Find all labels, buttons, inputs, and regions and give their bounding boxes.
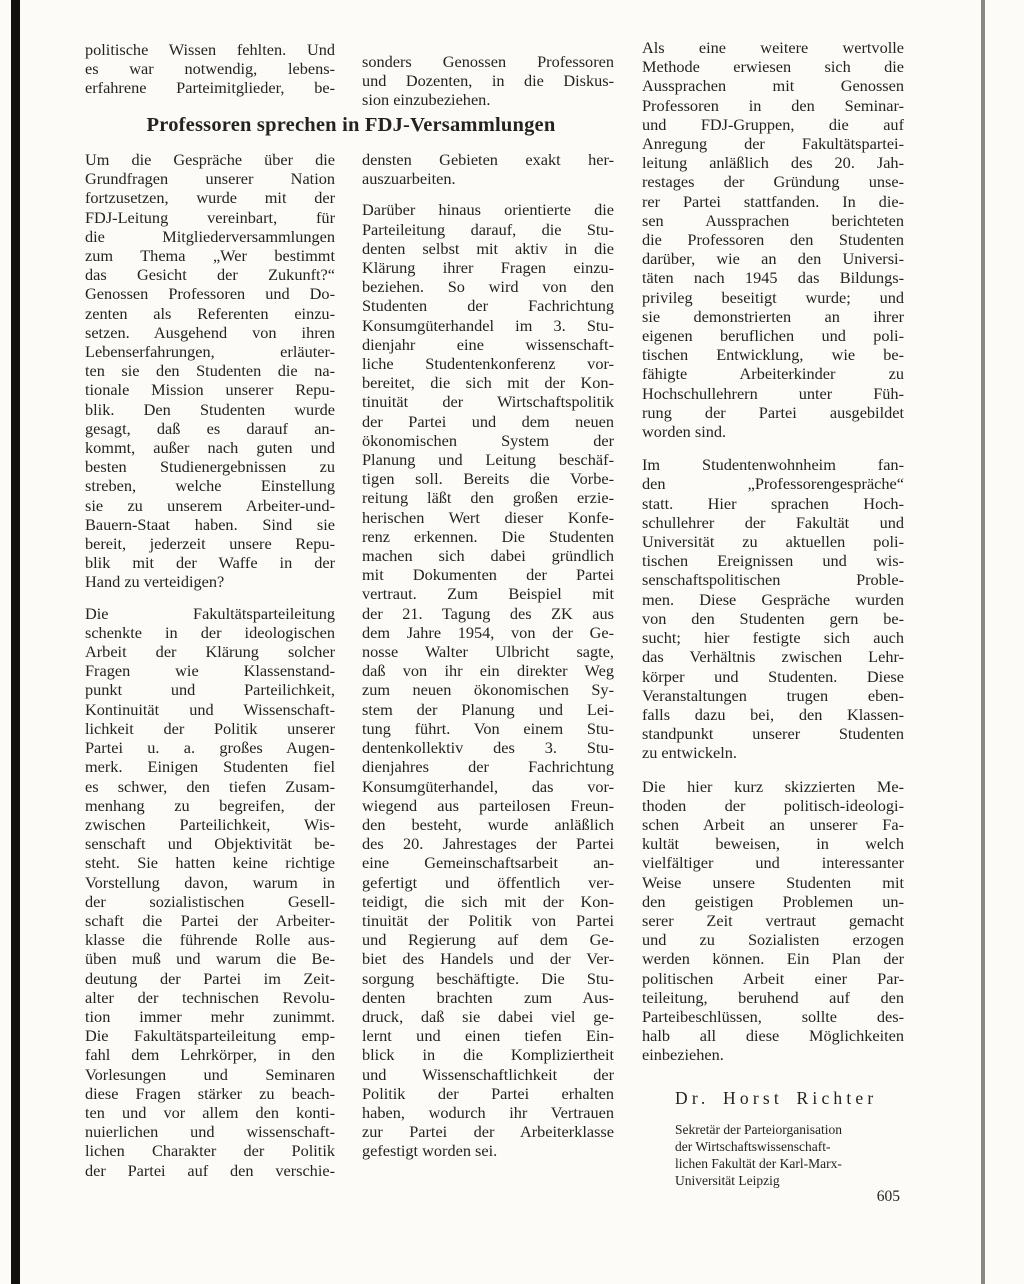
text-line: zum neuen ökonomischen Sy-	[362, 680, 614, 699]
text-line: Veranstaltungen trugen eben-	[642, 686, 904, 705]
text-line: zu entwickeln.	[642, 743, 904, 762]
scanned-page: politische Wissen fehlten. Undes war not…	[0, 0, 1024, 1284]
text-line: Anregung der Fakultätspartei-	[642, 134, 904, 153]
text-line: beziehen. So wird von den	[362, 277, 614, 296]
text-line: und Regierung auf dem Ge-	[362, 930, 614, 949]
text-line: Aussprachen mit Genossen	[642, 76, 904, 95]
column-right: Als eine weitere wertvolleMethode erwies…	[642, 38, 904, 1189]
text-line: Um die Gespräche über die	[85, 150, 335, 169]
text-line: Die Fakultätsparteileitung	[85, 604, 335, 623]
text-line: Parteibeschlüssen, sollte des-	[642, 1007, 904, 1026]
text-line: bereitet, die sich mit der Kon-	[362, 373, 614, 392]
scan-edge-left-bar	[11, 0, 20, 1284]
text-line: eigenen beruflichen und poli-	[642, 326, 904, 345]
text-line: Darüber hinaus orientierte die	[362, 200, 614, 219]
text-line: mit Dokumenten der Partei	[362, 565, 614, 584]
text-line: sion einzubeziehen.	[362, 90, 614, 109]
text-line: Lebenserfahrungen, erläuter-	[85, 342, 335, 361]
text-line: ten sie den Studenten die na-	[85, 361, 335, 380]
text-line: dentenkollektiv des 3. Stu-	[362, 738, 614, 757]
text-line: Universität zu aktuellen poli-	[642, 532, 904, 551]
text-line: FDJ-Leitung vereinbart, für	[85, 208, 335, 227]
text-line: üben muß und warum die Be-	[85, 949, 335, 968]
author-signature: Dr. Horst Richter	[675, 1087, 904, 1109]
text-line: Bauern-Staat haben. Sind sie	[85, 515, 335, 534]
text-line: reitung läßt den großen erzie-	[362, 488, 614, 507]
text-line: den „Professorengespräche“	[642, 474, 904, 493]
text-line: Weise unsere Studenten mit	[642, 873, 904, 892]
text-line: besten Studienergebnissen zu	[85, 457, 335, 476]
text-line: tinuität der Wirtschaftspolitik	[362, 392, 614, 411]
text-line: sonders Genossen Professoren	[362, 52, 614, 71]
text-line: standpunkt unserer Studenten	[642, 724, 904, 743]
text-line: darüber, wie an den Universi-	[642, 249, 904, 268]
column-left: Um die Gespräche über dieGrundfragen uns…	[85, 150, 335, 1180]
text-line: Im Studentenwohnheim fan-	[642, 455, 904, 474]
text-line: stem der Planung und Lei-	[362, 700, 614, 719]
text-line: denten selbst mit aktiv in die	[362, 239, 614, 258]
text-line: lernt und einen tiefen Ein-	[362, 1026, 614, 1045]
text-line: das Gesicht der Zukunft?“	[85, 265, 335, 284]
text-line: menhang zu begreifen, der	[85, 796, 335, 815]
text-line: diese Fragen stärker zu beach-	[85, 1084, 335, 1103]
text-line: politische Wissen fehlten. Und	[85, 40, 335, 59]
text-line: machen sich dabei gründlich	[362, 546, 614, 565]
text-line: Konsumgüterhandel im 3. Stu-	[362, 316, 614, 335]
column-middle: densten Gebieten exakt her-auszuarbeiten…	[362, 150, 614, 1161]
text-line: Die Fakultätsparteileitung emp-	[85, 1026, 335, 1045]
text-line: gesagt, daß es darauf an-	[85, 419, 335, 438]
paragraph: Darüber hinaus orientierte dieParteileit…	[362, 200, 614, 1160]
text-line: tischen Entwicklung, wie be-	[642, 345, 904, 364]
text-line: es war notwendig, lebens-	[85, 59, 335, 78]
text-line: teidigt, die sich mit der Kon-	[362, 892, 614, 911]
text-line: lichen Charakter der Politik	[85, 1141, 335, 1160]
text-line: der sozialistischen Gesell-	[85, 892, 335, 911]
text-line: nosse Walter Ulbricht sagte,	[362, 642, 614, 661]
text-line: densten Gebieten exakt her-	[362, 150, 614, 169]
text-line: der Partei auf den verschie-	[85, 1161, 335, 1180]
text-line: fortzusetzen, wurde mit der	[85, 188, 335, 207]
text-line: Methode erwiesen sich die	[642, 57, 904, 76]
text-line: schenkte in der ideologischen	[85, 623, 335, 642]
text-line: ökonomischen System der	[362, 431, 614, 450]
text-line: leitung anläßlich des 20. Jah-	[642, 153, 904, 172]
text-line: sie demonstrierten an ihrer	[642, 307, 904, 326]
text-line: tigen soll. Bereits die Vorbe-	[362, 469, 614, 488]
text-line: der 21. Tagung des ZK aus	[362, 604, 614, 623]
text-line: biet des Handels und der Ver-	[362, 949, 614, 968]
text-line: halb all diese Möglichkeiten	[642, 1026, 904, 1045]
text-line: Grundfragen unserer Nation	[85, 169, 335, 188]
text-line: herischen Wert dieser Konfe-	[362, 508, 614, 527]
column-left-continuation: politische Wissen fehlten. Undes war not…	[85, 40, 335, 98]
text-line: daß von ihr ein direkter Weg	[362, 661, 614, 680]
text-line: schaft die Partei der Arbeiter-	[85, 911, 335, 930]
text-line: dem Jahre 1954, von der Ge-	[362, 623, 614, 642]
text-line: vertraut. Zum Beispiel mit	[362, 584, 614, 603]
text-line: vielfältiger und interessanter	[642, 853, 904, 872]
author-byline: Sekretär der Parteiorganisationder Wirts…	[675, 1121, 904, 1189]
text-line: Hochschullehrern unter Füh-	[642, 384, 904, 403]
text-line: täten nach 1945 das Bildungs-	[642, 268, 904, 287]
text-line: setzen. Ausgehend von ihren	[85, 323, 335, 342]
text-line: und FDJ-Gruppen, die auf	[642, 115, 904, 134]
section-heading: Professoren sprechen in FDJ-Versammlunge…	[85, 112, 617, 138]
text-line: schen Arbeit an unserer Fa-	[642, 815, 904, 834]
text-line: von den Studenten gern be-	[642, 609, 904, 628]
text-line: eine Gemeinschaftsarbeit an-	[362, 853, 614, 872]
text-line: tionale Mission unserer Repu-	[85, 380, 335, 399]
text-line: Kontinuität und Wissenschaft-	[85, 700, 335, 719]
text-line: und Dozenten, in die Diskus-	[362, 71, 614, 90]
text-line: ten und vor allem den konti-	[85, 1103, 335, 1122]
text-line: den geistigen Problemen un-	[642, 892, 904, 911]
text-line: sorgung beschäftigte. Die Stu-	[362, 969, 614, 988]
text-line: Politik der Partei erhalten	[362, 1084, 614, 1103]
text-line: blik. Den Studenten wurde	[85, 400, 335, 419]
text-line: denten brachten zum Aus-	[362, 988, 614, 1007]
text-line: serer Zeit vertraut gemacht	[642, 911, 904, 930]
text-line: streben, welche Einstellung	[85, 476, 335, 495]
text-line: schullehrer der Fakultät und	[642, 513, 904, 532]
paragraph: Die Fakultätsparteileitungschenkte in de…	[85, 604, 335, 1180]
text-line: fahl dem Lehrkörper, in den	[85, 1045, 335, 1064]
text-line: punkt und Parteilichkeit,	[85, 680, 335, 699]
text-line: tung führt. Von einem Stu-	[362, 719, 614, 738]
text-line: zur Partei der Arbeiterklasse	[362, 1122, 614, 1141]
text-line: erfahrene Parteimitglieder, be-	[85, 78, 335, 97]
text-line: zum Thema „Wer bestimmt	[85, 246, 335, 265]
text-line: Professoren in den Seminar-	[642, 96, 904, 115]
text-line: politischen Arbeit einer Par-	[642, 969, 904, 988]
paragraph: Im Studentenwohnheim fan-den „Professore…	[642, 455, 904, 762]
text-line: werden können. Ein Plan der	[642, 949, 904, 968]
text-line: körper und Studenten. Diese	[642, 667, 904, 686]
text-line: es schwer, den tiefen Zusam-	[85, 777, 335, 796]
text-line: Planung und Leitung beschäf-	[362, 450, 614, 469]
text-line: Sekretär der Parteiorganisation	[675, 1121, 904, 1138]
text-line: worden sind.	[642, 422, 904, 441]
text-line: sucht; hier festigte sich auch	[642, 628, 904, 647]
paragraph: Als eine weitere wertvolleMethode erwies…	[642, 38, 904, 441]
text-line: die Professoren den Studenten	[642, 230, 904, 249]
text-line: senschaft und Objektivität be-	[85, 834, 335, 853]
text-line: rung der Partei ausgebildet	[642, 403, 904, 422]
text-line: Fragen wie Klassenstand-	[85, 661, 335, 680]
text-line: Genossen Professoren und Do-	[85, 284, 335, 303]
text-line: teileitung, beruhend auf den	[642, 988, 904, 1007]
text-line: den besteht, wurde anläßlich	[362, 815, 614, 834]
text-line: tinuität der Politik von Partei	[362, 911, 614, 930]
text-line: Universität Leipzig	[675, 1172, 904, 1189]
text-line: kultät beweisen, in welch	[642, 834, 904, 853]
text-line: Arbeit der Klärung solcher	[85, 642, 335, 661]
text-line: der Wirtschaftswissenschaft-	[675, 1138, 904, 1155]
text-line: Klärung ihrer Fragen einzu-	[362, 258, 614, 277]
text-line: des 20. Jahrestages der Partei	[362, 834, 614, 853]
text-line: nuierlichen und wissenschaft-	[85, 1122, 335, 1141]
text-line: Parteileitung darauf, die Stu-	[362, 220, 614, 239]
page-number: 605	[820, 1188, 900, 1206]
text-line: Als eine weitere wertvolle	[642, 38, 904, 57]
text-line: gefertigt und öffentlich ver-	[362, 873, 614, 892]
text-line: thoden der politisch-ideologi-	[642, 796, 904, 815]
text-line: sen Aussprachen berichteten	[642, 211, 904, 230]
text-line: Studenten der Fachrichtung	[362, 296, 614, 315]
text-line: kommt, außer nach guten und	[85, 438, 335, 457]
text-line: lichen Fakultät der Karl-Marx-	[675, 1155, 904, 1172]
text-line: blik mit der Waffe in der	[85, 553, 335, 572]
text-line: Partei u. a. großes Augen-	[85, 738, 335, 757]
text-line: men. Diese Gespräche wurden	[642, 590, 904, 609]
text-line: gefestigt worden sei.	[362, 1141, 614, 1160]
text-line: haben, wodurch ihr Vertrauen	[362, 1103, 614, 1122]
paragraph: Die hier kurz skizzierten Me-thoden der …	[642, 777, 904, 1065]
text-line: Hand zu verteidigen?	[85, 572, 335, 591]
text-line: Die hier kurz skizzierten Me-	[642, 777, 904, 796]
text-line: dienjahres der Fachrichtung	[362, 757, 614, 776]
text-line: lichkeit der Politik unserer	[85, 719, 335, 738]
text-line: blick in die Kompliziertheit	[362, 1045, 614, 1064]
text-line: steht. Sie hatten keine richtige	[85, 853, 335, 872]
text-line: fähigte Arbeiterkinder zu	[642, 364, 904, 383]
text-line: restages der Gründung unse-	[642, 172, 904, 191]
text-line: einbeziehen.	[642, 1045, 904, 1064]
text-line: und zu Sozialisten erzogen	[642, 930, 904, 949]
text-line: Konsumgüterhandel, das vor-	[362, 777, 614, 796]
column-middle-continuation: sonders Genossen Professorenund Dozenten…	[362, 52, 614, 110]
text-line: tischen Ereignissen und wis-	[642, 551, 904, 570]
text-line: der Partei und dem neuen	[362, 412, 614, 431]
text-line: falls dazu bei, den Klassen-	[642, 705, 904, 724]
text-line: rer Partei stattfanden. In die-	[642, 192, 904, 211]
text-line: und Wissenschaftlichkeit der	[362, 1065, 614, 1084]
text-line: alter der technischen Revolu-	[85, 988, 335, 1007]
text-line: das Verhältnis zwischen Lehr-	[642, 647, 904, 666]
paragraph: densten Gebieten exakt her-auszuarbeiten…	[362, 150, 614, 188]
text-line: merk. Einigen Studenten fiel	[85, 757, 335, 776]
text-line: dienjahr eine wissenschaft-	[362, 335, 614, 354]
text-line: tion immer mehr zunimmt.	[85, 1007, 335, 1026]
text-line: sie zu unserem Arbeiter-und-	[85, 496, 335, 515]
paragraph: Um die Gespräche über dieGrundfragen uns…	[85, 150, 335, 592]
text-line: die Mitgliederversammlungen	[85, 227, 335, 246]
text-line: klasse die führende Rolle aus-	[85, 930, 335, 949]
scan-edge-right-bar	[981, 0, 985, 1284]
text-line: druck, daß sie dabei viel ge-	[362, 1007, 614, 1026]
text-line: wiegend aus parteilosen Freun-	[362, 796, 614, 815]
text-line: renz erkennen. Die Studenten	[362, 527, 614, 546]
text-line: statt. Hier sprachen Hoch-	[642, 494, 904, 513]
text-line: auszuarbeiten.	[362, 169, 614, 188]
text-line: Vorlesungen und Seminaren	[85, 1065, 335, 1084]
text-line: senschaftspolitischen Proble-	[642, 570, 904, 589]
text-line: Vorstellung davon, warum in	[85, 873, 335, 892]
text-line: zenten als Referenten einzu-	[85, 304, 335, 323]
text-line: zwischen Parteilichkeit, Wis-	[85, 815, 335, 834]
text-line: liche Studentenkonferenz vor-	[362, 354, 614, 373]
text-line: privileg beseitigt wurde; und	[642, 288, 904, 307]
text-line: deutung der Partei im Zeit-	[85, 969, 335, 988]
text-line: bereit, jederzeit unsere Repu-	[85, 534, 335, 553]
